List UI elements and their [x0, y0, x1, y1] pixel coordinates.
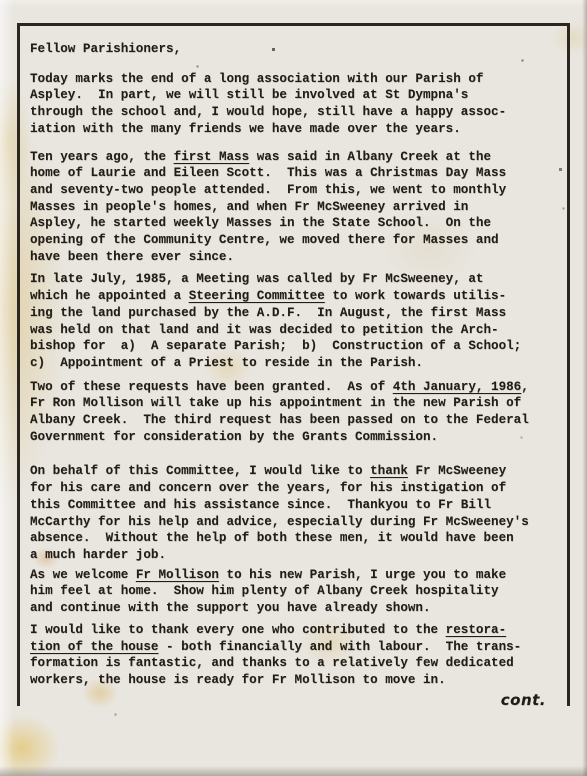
text-segment: McCarthy for his help and advice, especi…	[30, 515, 529, 529]
text-segment: Fr Ron Mollison will take up his appoint…	[30, 396, 521, 410]
text-segment: Fr McSweeney	[408, 464, 506, 478]
text-line: Today marks the end of a long associatio…	[30, 71, 558, 88]
letter-paragraphs: Today marks the end of a long associatio…	[30, 71, 558, 689]
paper-specks	[0, 0, 1, 1]
text-line: home of Laurie and Eileen Scott. This wa…	[30, 165, 558, 182]
paragraph: Ten years ago, the first Mass was said i…	[30, 149, 558, 266]
text-segment: to work towards utilis-	[325, 289, 506, 303]
text-line: McCarthy for his help and advice, especi…	[30, 514, 558, 531]
continuation-note: cont.	[30, 692, 558, 709]
text-segment: bishop for a) A separate Parish; b) Cons…	[30, 339, 521, 353]
text-line: On behalf of this Committee, I would lik…	[30, 463, 558, 480]
scanned-letter-page: Fellow Parishioners, Today marks the end…	[0, 0, 587, 776]
text-line: I would like to thank every one who cont…	[30, 622, 558, 639]
text-line: c) Appointment of a Priest to reside in …	[30, 355, 558, 372]
text-line: tion of the house - both financially and…	[30, 639, 558, 656]
text-line: was held on that land and it was decided…	[30, 322, 558, 339]
text-segment: a much harder job.	[30, 548, 166, 562]
text-segment: absence. Without the help of both these …	[30, 531, 514, 545]
salutation: Fellow Parishioners,	[30, 41, 558, 58]
text-segment: home of Laurie and Eileen Scott. This wa…	[30, 166, 506, 180]
text-segment: through the school and, I would hope, st…	[30, 105, 506, 119]
underlined-text: thank	[370, 464, 408, 478]
text-segment: have been there ever since.	[30, 250, 234, 264]
text-segment: was said in Albany Creek at the	[249, 150, 491, 164]
text-segment: this Committee and his assistance since.…	[30, 498, 491, 512]
text-segment: Masses in people's homes, and when Fr Mc…	[30, 200, 468, 214]
text-segment: Two of these requests have been granted.…	[30, 380, 393, 394]
text-line: have been there ever since.	[30, 249, 558, 266]
letter-body: Fellow Parishioners, Today marks the end…	[30, 41, 558, 708]
text-segment: to his new Parish, I urge you to make	[219, 568, 506, 582]
text-segment: Aspley, he started weekly Masses in the …	[30, 216, 491, 230]
text-line: workers, the house is ready for Fr Molli…	[30, 672, 558, 689]
text-line: As we welcome Fr Mollison to his new Par…	[30, 567, 558, 584]
text-segment: As we welcome	[30, 568, 136, 582]
underlined-text: first Mass	[174, 150, 250, 164]
text-segment: was held on that land and it was decided…	[30, 323, 499, 337]
text-line: for his care and concern over the years,…	[30, 480, 558, 497]
text-segment: workers, the house is ready for Fr Molli…	[30, 673, 446, 687]
underlined-text: Steering Committee	[189, 289, 325, 303]
text-line: and seventy-two people attended. From th…	[30, 182, 558, 199]
text-line: Government for consideration by the Gran…	[30, 429, 558, 446]
underlined-text: 4th January, 1986	[393, 380, 521, 394]
text-segment: In late July, 1985, a Meeting was called…	[30, 272, 483, 286]
text-line: Masses in people's homes, and when Fr Mc…	[30, 199, 558, 216]
text-line: absence. Without the help of both these …	[30, 530, 558, 547]
text-segment: for his care and concern over the years,…	[30, 481, 506, 495]
text-segment: Today marks the end of a long associatio…	[30, 72, 483, 86]
text-segment: formation is fantastic, and thanks to a …	[30, 656, 514, 670]
text-segment: ing the land purchased by the A.D.F. In …	[30, 306, 506, 320]
text-segment: Albany Creek. The third request has been…	[30, 413, 529, 427]
text-segment: - both financially and with labour. The …	[158, 640, 521, 654]
text-line: Two of these requests have been granted.…	[30, 379, 558, 396]
text-segment: Government for consideration by the Gran…	[30, 430, 438, 444]
paragraph: Today marks the end of a long associatio…	[30, 71, 558, 138]
underlined-text: Fr Mollison	[136, 568, 219, 582]
text-segment: Ten years ago, the	[30, 150, 174, 164]
text-line: this Committee and his assistance since.…	[30, 497, 558, 514]
text-segment: I would like to thank every one who cont…	[30, 623, 446, 637]
text-segment: him feel at home. Show him plenty of Alb…	[30, 584, 499, 598]
text-line: which he appointed a Steering Committee …	[30, 288, 558, 305]
text-line: Albany Creek. The third request has been…	[30, 412, 558, 429]
text-line: bishop for a) A separate Parish; b) Cons…	[30, 338, 558, 355]
text-segment: opening of the Community Centre, we move…	[30, 233, 499, 247]
paragraph: Two of these requests have been granted.…	[30, 379, 558, 446]
text-segment: On behalf of this Committee, I would lik…	[30, 464, 370, 478]
underlined-text: tion of the house	[30, 640, 158, 654]
text-line: ing the land purchased by the A.D.F. In …	[30, 305, 558, 322]
text-line: opening of the Community Centre, we move…	[30, 232, 558, 249]
text-segment: and continue with the support you have a…	[30, 601, 431, 615]
text-line: Aspley. In part, we will still be involv…	[30, 87, 558, 104]
text-line: a much harder job.	[30, 547, 558, 564]
text-line: Ten years ago, the first Mass was said i…	[30, 149, 558, 166]
text-line: formation is fantastic, and thanks to a …	[30, 655, 558, 672]
text-segment: which he appointed a	[30, 289, 189, 303]
text-line: Aspley, he started weekly Masses in the …	[30, 215, 558, 232]
text-line: him feel at home. Show him plenty of Alb…	[30, 583, 558, 600]
text-segment: ,	[521, 380, 529, 394]
text-line: and continue with the support you have a…	[30, 600, 558, 617]
text-segment: c) Appointment of a Priest to reside in …	[30, 356, 423, 370]
text-segment: Aspley. In part, we will still be involv…	[30, 88, 468, 102]
text-line: Fr Ron Mollison will take up his appoint…	[30, 395, 558, 412]
text-line: In late July, 1985, a Meeting was called…	[30, 271, 558, 288]
text-segment: iation with the many friends we have mad…	[30, 122, 461, 136]
text-segment: and seventy-two people attended. From th…	[30, 183, 506, 197]
paragraph: As we welcome Fr Mollison to his new Par…	[30, 567, 558, 617]
text-line: through the school and, I would hope, st…	[30, 104, 558, 121]
paragraph: In late July, 1985, a Meeting was called…	[30, 271, 558, 371]
text-line: iation with the many friends we have mad…	[30, 121, 558, 138]
underlined-text: restora-	[446, 623, 506, 637]
paragraph: On behalf of this Committee, I would lik…	[30, 463, 558, 563]
paragraph: I would like to thank every one who cont…	[30, 622, 558, 689]
